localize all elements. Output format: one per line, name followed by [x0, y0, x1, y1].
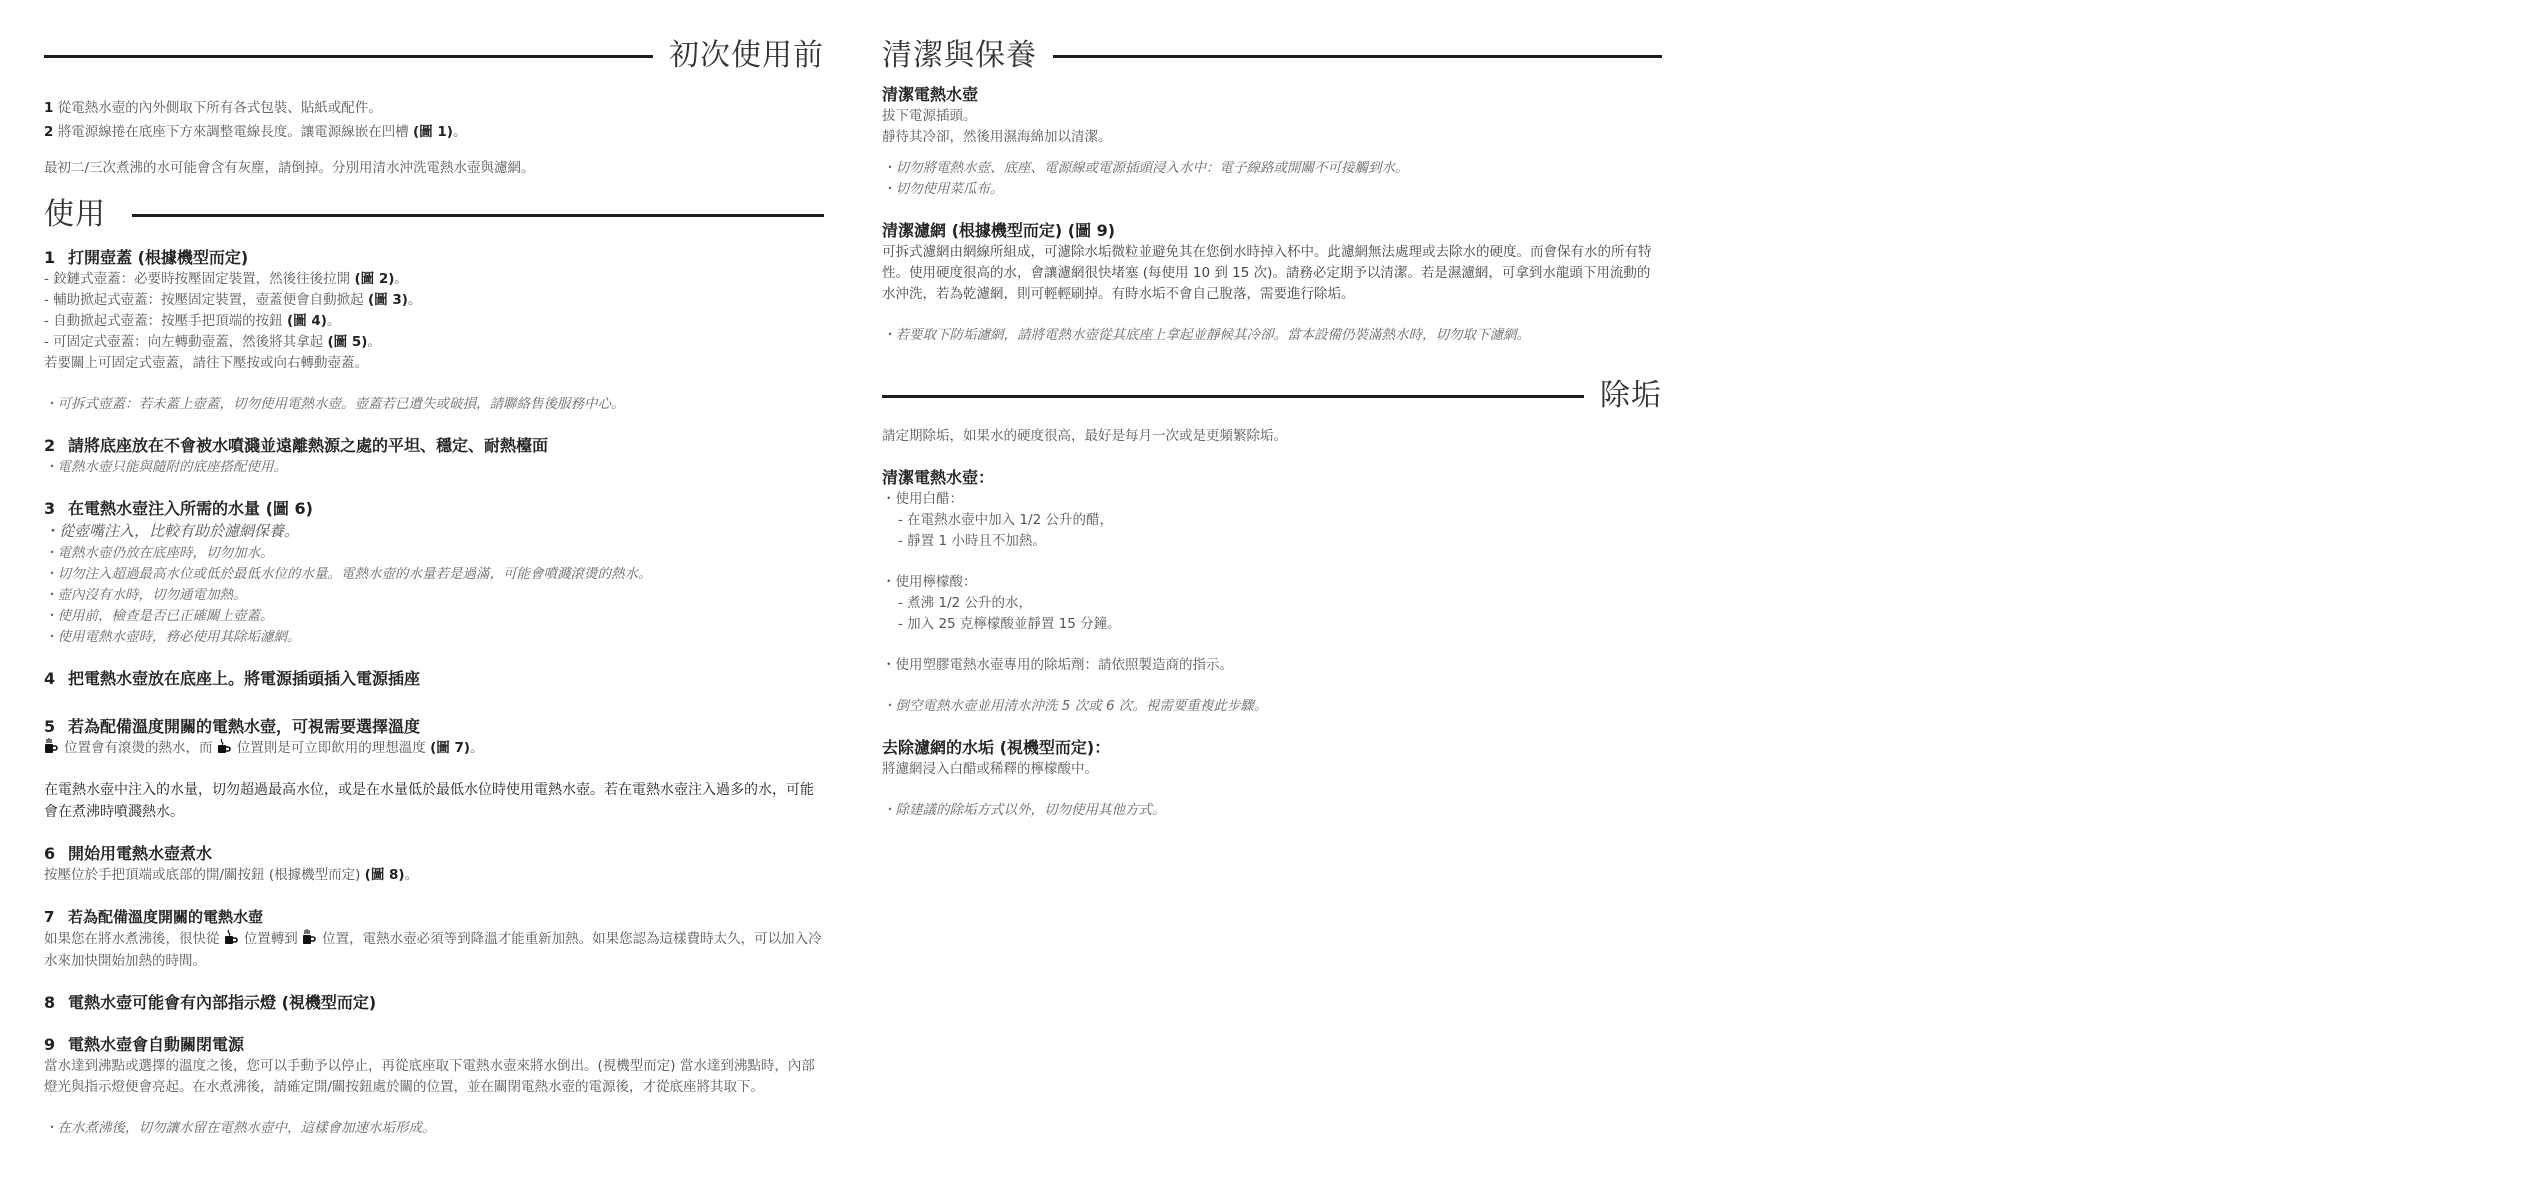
section-rule — [132, 214, 824, 217]
citric-label: ・使用檸檬酸： — [882, 572, 1662, 593]
step-6-heading: 6開始用電熱水壺煮水 — [44, 843, 824, 865]
step-1-line: - 可固定式壺蓋：向左轉動壺蓋，然後將其拿起 (圖 5)。 — [44, 332, 824, 353]
section-header-cleaning: 清潔與保養 — [882, 30, 1662, 82]
step-9-heading: 9電熱水壺會自動關閉電源 — [44, 1034, 824, 1056]
step-7-text: 如果您在將水煮沸後，很快從 位置轉到 位置，電熱水壺必須等到降溫才能重新加熱。如… — [44, 928, 824, 972]
step-3-warning: ・使用電熱水壺時，務必使用其除垢濾網。 — [44, 627, 824, 648]
manual-page: 初次使用前 1 從電熱水壺的內外側取下所有各式包裝、貼紙或配件。 2 將電源線捲… — [0, 0, 2526, 1191]
step-1-line: - 自動掀起式壺蓋：按壓手把頂端的按鈕 (圖 4)。 — [44, 311, 824, 332]
descale-filter-text: 將濾網浸入白醋或稀釋的檸檬酸中。 — [882, 759, 1662, 780]
step-1-close-note: 若要關上可固定式壺蓋，請往下壓按或向右轉動壺蓋。 — [44, 353, 824, 374]
step-5-text: 位置會有滾燙的熱水，而 位置則是可立即飲用的理想溫度 (圖 7)。 — [44, 738, 824, 759]
section-rule — [882, 395, 1584, 398]
section-title: 清潔與保養 — [882, 30, 1037, 82]
step-2-warning: ・電熱水壺只能與隨附的底座搭配使用。 — [44, 457, 824, 478]
step-4-heading: 4把電熱水壺放在底座上。將電源插頭插入電源插座 — [44, 668, 824, 690]
step-7-heading: 7若為配備溫度開關的電熱水壺 — [44, 906, 824, 928]
section-header-before-first-use: 初次使用前 — [44, 30, 824, 82]
step-8-heading: 8電熱水壺可能會有內部指示燈 (視機型而定) — [44, 992, 824, 1014]
step-3-tip: ・從壺嘴注入，比較有助於濾網保養。 — [44, 520, 824, 543]
section-rule — [44, 55, 653, 58]
clean-kettle-warning: ・切勿將電熱水壺、底座、電源線或電源插頭浸入水中：電子線路或開關不可接觸到水。 — [882, 158, 1662, 179]
citric-step: - 加入 25 克檸檬酸並靜置 15 分鐘。 — [882, 614, 1662, 635]
clean-filter-text: 可拆式濾網由網線所組成，可濾除水垢微粒並避免其在您倒水時掉入杯中。此濾網無法處理… — [882, 242, 1662, 305]
citric-step: - 煮沸 1/2 公升的水， — [882, 593, 1662, 614]
step-2-heading: 2請將底座放在不會被水噴濺並遠離熱源之處的平坦、穩定、耐熱檯面 — [44, 435, 824, 457]
boiling-mug-icon — [44, 738, 58, 754]
step-9-warning: ・在水煮沸後，切勿讓水留在電熱水壺中，這樣會加速水垢形成。 — [44, 1118, 824, 1139]
step-3-heading: 3在電熱水壺注入所需的水量 (圖 6) — [44, 498, 824, 520]
clean-kettle-line: 靜待其冷卻，然後用濕海綿加以清潔。 — [882, 127, 1662, 148]
first-use-step-1: 1 從電熱水壺的內外側取下所有各式包裝、貼紙或配件。 — [44, 96, 824, 120]
clean-filter-warning: ・若要取下防垢濾網，請將電熱水壺從其底座上拿起並靜候其冷卻。當本設備仍裝滿熱水時… — [882, 325, 1662, 346]
clean-kettle-line: 拔下電源插頭。 — [882, 106, 1662, 127]
section-header-use: 使用 — [44, 189, 824, 241]
section-title: 使用 — [44, 189, 106, 241]
rinse-note: ・倒空電熱水壺並用清水沖洗 5 次或 6 次。視需要重複此步驟。 — [882, 696, 1662, 717]
first-use-step-2: 2 將電源線捲在底座下方來調整電線長度。讓電源線嵌在凹槽 (圖 1)。 — [44, 120, 824, 144]
warm-mug-icon — [224, 929, 238, 945]
step-1-heading: 1打開壺蓋 (根據機型而定) — [44, 247, 824, 269]
descaler-note: ・使用塑膠電熱水壺專用的除垢劑：請依照製造商的指示。 — [882, 655, 1662, 676]
descaling-intro: 請定期除垢，如果水的硬度很高，最好是每月一次或是更頻繁除垢。 — [882, 426, 1662, 447]
section-header-descaling: 除垢 — [882, 370, 1662, 422]
descale-filter-warning: ・除建議的除垢方式以外，切勿使用其他方式。 — [882, 800, 1662, 821]
section-title: 除垢 — [1600, 370, 1662, 422]
step-3-warning: ・電熱水壺仍放在底座時，切勿加水。 — [44, 543, 824, 564]
clean-filter-heading: 清潔濾網 (根據機型而定) (圖 9) — [882, 220, 1662, 242]
clean-kettle-heading: 清潔電熱水壺 — [882, 84, 1662, 106]
step-1-line: - 輔助掀起式壺蓋：按壓固定裝置，壺蓋便會自動掀起 (圖 3)。 — [44, 290, 824, 311]
clean-kettle-warning: ・切勿使用菜瓜布。 — [882, 179, 1662, 200]
overfill-warning: 在電熱水壺中注入的水量，切勿超過最高水位，或是在水量低於最低水位時使用電熱水壺。… — [44, 779, 824, 823]
warm-mug-icon — [217, 738, 231, 754]
step-9-text: 當水達到沸點或選擇的溫度之後，您可以手動予以停止，再從底座取下電熱水壺來將水倒出… — [44, 1056, 824, 1098]
descale-filter-heading: 去除濾網的水垢 (視機型而定)： — [882, 737, 1662, 759]
vinegar-step: - 靜置 1 小時且不加熱。 — [882, 531, 1662, 552]
step-3-warning: ・切勿注入超過最高水位或低於最低水位的水量。電熱水壺的水量若是過滿，可能會噴濺滾… — [44, 564, 824, 585]
first-use-note: 最初二/三次煮沸的水可能會含有灰塵，請倒掉。分別用清水沖洗電熱水壺與濾網。 — [44, 158, 824, 179]
step-1-line: - 鉸鏈式壺蓋：必要時按壓固定裝置，然後往後拉開 (圖 2)。 — [44, 269, 824, 290]
step-5-heading: 5若為配備溫度開關的電熱水壺，可視需要選擇溫度 — [44, 716, 824, 738]
left-column: 初次使用前 1 從電熱水壺的內外側取下所有各式包裝、貼紙或配件。 2 將電源線捲… — [44, 30, 824, 1139]
vinegar-step: - 在電熱水壺中加入 1/2 公升的醋， — [882, 510, 1662, 531]
section-rule — [1053, 55, 1662, 58]
step-3-warning: ・壺內沒有水時，切勿通電加熱。 — [44, 585, 824, 606]
step-1-warning: ・可拆式壺蓋：若未蓋上壺蓋，切勿使用電熱水壺。壺蓋若已遺失或破損，請聯絡售後服務… — [44, 394, 824, 415]
step-6-text: 按壓位於手把頂端或底部的開/關按鈕 (根據機型而定) (圖 8)。 — [44, 865, 824, 886]
descale-kettle-heading: 清潔電熱水壺： — [882, 467, 1662, 489]
right-column: 清潔與保養 清潔電熱水壺 拔下電源插頭。 靜待其冷卻，然後用濕海綿加以清潔。 ・… — [882, 30, 1662, 821]
boiling-mug-icon — [302, 929, 316, 945]
step-3-warning: ・使用前，檢查是否已正確關上壺蓋。 — [44, 606, 824, 627]
section-title: 初次使用前 — [669, 30, 824, 82]
vinegar-label: ・使用白醋： — [882, 489, 1662, 510]
